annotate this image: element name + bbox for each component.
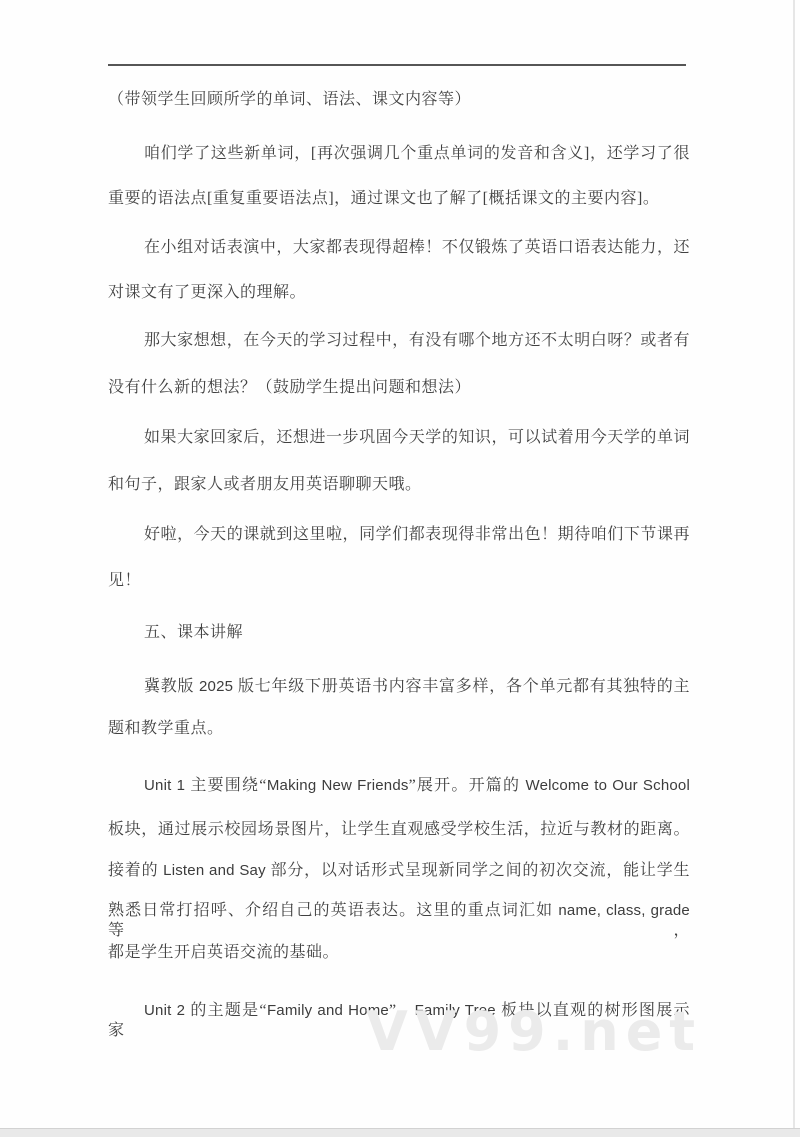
text-segment: 版七年级下册英语书内容丰富多样，各个单元都有其独特的主	[233, 678, 690, 695]
text-line: 好啦，今天的课就到这里啦，同学们都表现得非常出色！期待咱们下节课再	[108, 525, 690, 545]
text-line: 题和教学重点。	[108, 719, 690, 739]
text-segment: Making New Friends	[267, 777, 409, 794]
text-segment: 熟悉日常打招呼、介绍自己的英语表达。这里的重点词汇如	[108, 902, 558, 919]
text-line: 和句子，跟家人或者朋友用英语聊聊天哦。	[108, 475, 690, 495]
page-right-edge	[793, 0, 795, 1128]
text-segment: 接着的	[108, 862, 163, 879]
text-segment: 部分，以对话形式呈现新同学之间的初次交流，能让学生	[266, 862, 690, 879]
text-line: 如果大家回家后，还想进一步巩固今天学的知识，可以试着用今天学的单词	[108, 428, 690, 448]
text-line: 都是学生开启英语交流的基础。	[108, 943, 690, 963]
text-segment: 等，	[108, 922, 690, 939]
text-segment: 冀教版	[144, 678, 199, 695]
text-line: 对课文有了更深入的理解。	[108, 283, 690, 303]
text-segment: ”展开。开篇的	[409, 777, 526, 794]
text-segment: name, class, grade	[558, 902, 690, 919]
text-segment: Listen and Say	[163, 862, 266, 879]
text-line: 见！	[108, 571, 690, 591]
text-line: 在小组对话表演中，大家都表现得超棒！不仅锻炼了英语口语表达能力，还	[108, 238, 690, 258]
header-rule	[108, 64, 686, 66]
page-bottom-gap	[0, 1128, 800, 1137]
text-line: 接着的 Listen and Say 部分，以对话形式呈现新同学之间的初次交流，…	[108, 861, 690, 881]
text-segment: 主要围绕“	[185, 777, 267, 794]
text-line: 那大家想想，在今天的学习过程中，有没有哪个地方还不太明白呀？或者有	[108, 331, 690, 351]
text-segment: Unit 1	[144, 777, 185, 794]
document-page: （带领学生回顾所学的单词、语法、课文内容等） 咱们学了这些新单词，[再次强调几个…	[0, 0, 800, 1137]
section-heading: 五、课本讲解	[108, 623, 690, 643]
text-segment: 2025	[199, 678, 233, 695]
text-segment: Unit 2	[144, 1002, 185, 1019]
text-line: 重要的语法点[重复重要语法点]，通过课文也了解了[概括课文的主要内容]。	[108, 189, 690, 209]
text-line: 板块，通过展示校园场景图片，让学生直观感受学校生活，拉近与教材的距离。	[108, 820, 690, 840]
text-segment: 的主题是“	[185, 1002, 267, 1019]
text-line: 没有什么新的想法？（鼓励学生提出问题和想法）	[108, 378, 690, 398]
text-line: （带领学生回顾所学的单词、语法、课文内容等）	[108, 90, 690, 110]
text-line: 熟悉日常打招呼、介绍自己的英语表达。这里的重点词汇如 name, class, …	[108, 901, 690, 941]
text-line: 咱们学了这些新单词，[再次强调几个重点单词的发音和含义]，还学习了很	[108, 144, 690, 164]
text-line: 冀教版 2025 版七年级下册英语书内容丰富多样，各个单元都有其独特的主	[108, 677, 690, 697]
text-line: Unit 1 主要围绕“Making New Friends”展开。开篇的 We…	[108, 776, 690, 796]
site-watermark: VV99.net	[366, 1005, 702, 1059]
text-segment: Welcome to Our School	[525, 777, 690, 794]
